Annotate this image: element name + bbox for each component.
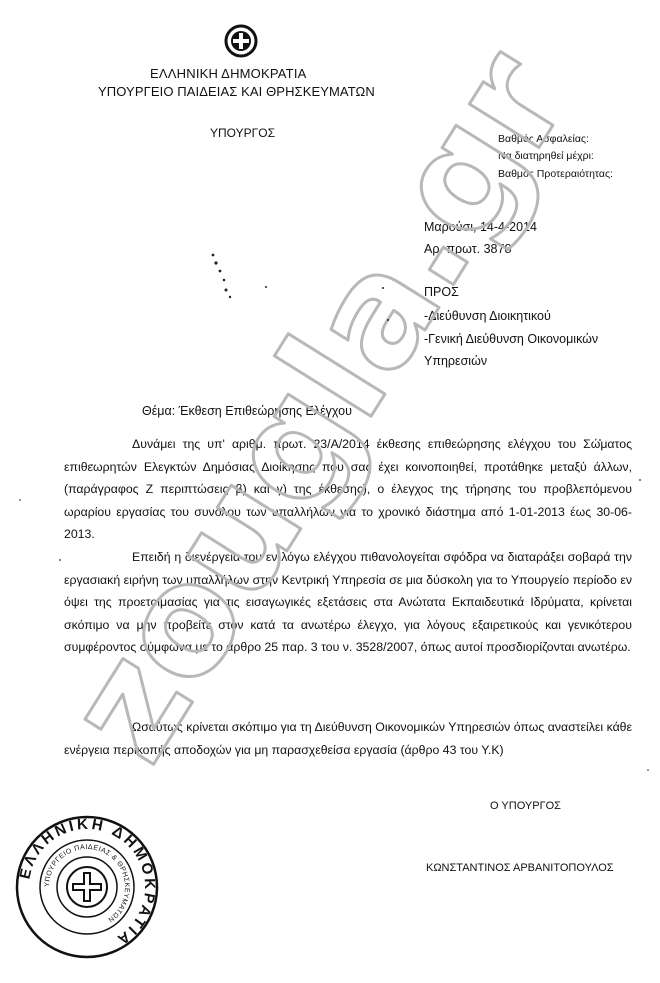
security-level-label: Βαθμός Ασφαλείας:	[498, 133, 589, 145]
recipient-line: -Διεύθυνση Διοικητικού	[424, 309, 551, 323]
protocol-number: Αρ. πρωτ. 3878	[424, 242, 511, 256]
body-paragraph: Ωσαύτως κρίνεται σκόπιμο για τη Διεύθυνσ…	[64, 716, 632, 761]
recipient-line: -Γενική Διεύθυνση Οικονομικών	[424, 332, 598, 346]
recipient-line: Υπηρεσιών	[424, 354, 487, 368]
paragraph-text: Ωσαύτως κρίνεται σκόπιμο για τη Διεύθυνσ…	[64, 720, 632, 757]
ministry-heading: ΥΠΟΥΡΓΕΙΟ ΠΑΙΔΕΙΑΣ ΚΑΙ ΘΡΗΣΚΕΥΜΑΤΩΝ	[98, 84, 375, 99]
retain-until-label: Να διατηρηθεί μέχρι:	[498, 150, 594, 162]
scanned-document-page: ΕΛΛΗΝΙΚΗ ΔΗΜΟΚΡΑΤΙΑ ΥΠΟΥΡΓΕΙΟ ΠΑΙΔΕΙΑΣ Κ…	[0, 0, 660, 983]
office-heading: ΥΠΟΥΡΓΟΣ	[210, 126, 275, 140]
country-heading: ΕΛΛΗΝΙΚΗ ΔΗΜΟΚΡΑΤΙΑ	[150, 66, 307, 81]
paragraph-text: Επειδή η διενέργεια του εν λόγω ελέγχου …	[64, 550, 632, 654]
signature-title: Ο ΥΠΟΥΡΓΟΣ	[490, 800, 561, 812]
official-stamp-icon: ΕΛΛΗΝΙΚΗ ΔΗΜΟΚΡΑΤΙΑ ΥΠΟΥΡΓΕΙΟ ΠΑΙΔΕΙΑΣ &…	[12, 812, 162, 962]
place-date: Μαρούσι, 14-4-2014	[424, 220, 537, 234]
body-paragraph: Δυνάμει της υπ' αριθμ. πρωτ. 23/Α/2014 έ…	[64, 433, 632, 546]
recipients-label: ΠΡΟΣ	[424, 285, 459, 299]
body-paragraph: Επειδή η διενέργεια του εν λόγω ελέγχου …	[64, 546, 632, 659]
greek-national-emblem-icon	[224, 24, 258, 58]
signature-name: ΚΩΝΣΤΑΝΤΙΝΟΣ ΑΡΒΑΝΙΤΟΠΟΥΛΟΣ	[426, 862, 614, 874]
priority-level-label: Βαθμός Προτεραιότητας:	[498, 168, 613, 180]
paragraph-text: Δυνάμει της υπ' αριθμ. πρωτ. 23/Α/2014 έ…	[64, 437, 632, 541]
subject-line: Θέμα: Έκθεση Επιθεώρησης Ελέγχου	[142, 404, 352, 418]
